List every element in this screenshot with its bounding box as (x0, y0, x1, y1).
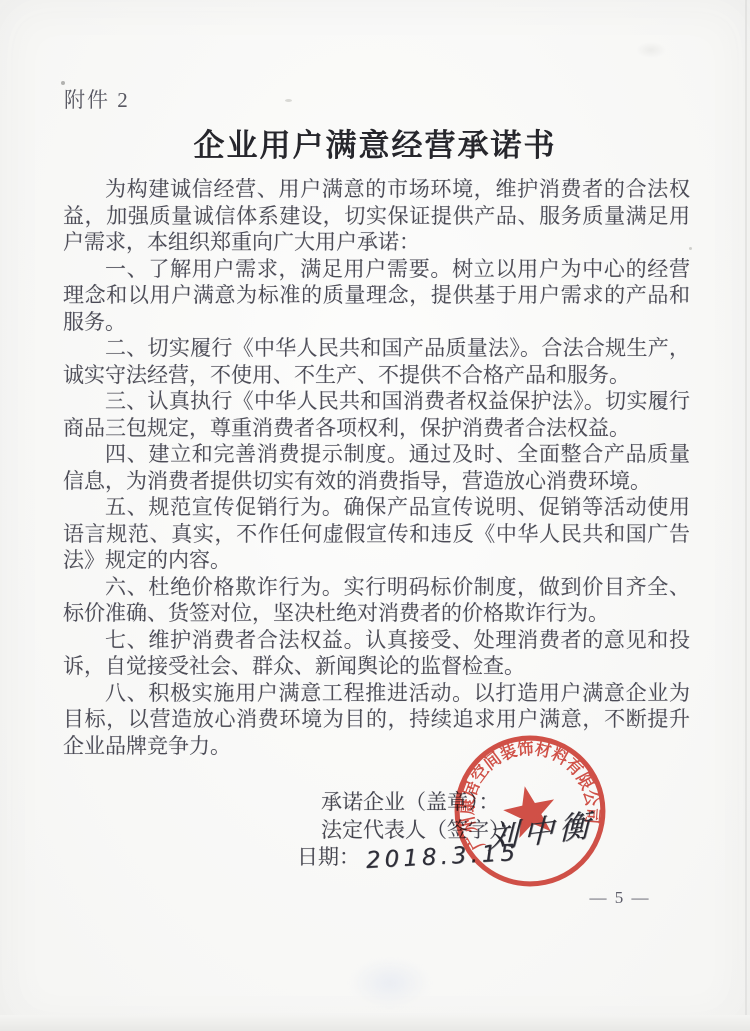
paragraph-item-7: 七、维护消费者合法权益。认真接受、处理消费者的意见和投诉，自觉接受社会、群众、新… (63, 627, 690, 680)
scan-smudge (636, 42, 666, 58)
scan-speck (61, 81, 65, 85)
attachment-label: 附件 2 (64, 84, 130, 114)
scan-edge-shadow (0, 1015, 750, 1031)
paragraph-item-5: 五、规范宣传促销行为。确保产品宣传说明、促销等活动使用语言规范、真实，不作任何虚… (63, 494, 690, 574)
scan-speck (689, 247, 692, 250)
paragraph-item-1: 一、了解用户需求，满足用户需要。树立以用户为中心的经营理念和以用户满意为标准的质… (63, 256, 690, 336)
scanned-document-page: 附件 2 企业用户满意经营承诺书 为构建诚信经营、用户满意的市场环境，维护消费者… (0, 0, 750, 1031)
paragraph-intro: 为构建诚信经营、用户满意的市场环境，维护消费者的合法权益，加强质量诚信体系建设，… (63, 176, 690, 256)
scan-edge-line (745, 0, 747, 1031)
document-title: 企业用户满意经营承诺书 (0, 120, 750, 165)
page-number: — 5 — (560, 888, 680, 908)
scan-smudge (350, 958, 430, 1008)
document-body: 为构建诚信经营、用户满意的市场环境，维护消费者的合法权益，加强质量诚信体系建设，… (63, 176, 690, 759)
paragraph-item-3: 三、认真执行《中华人民共和国消费者权益保护法》。切实履行商品三包规定，尊重消费者… (63, 388, 690, 441)
date-label: 日期： (297, 845, 360, 869)
paragraph-item-2: 二、切实履行《中华人民共和国产品质量法》。合法合规生产，诚实守法经营，不使用、不… (63, 335, 690, 388)
scan-speck (285, 99, 292, 102)
paragraph-item-6: 六、杜绝价格欺诈行为。实行明码标价制度，做到价目齐全、标价准确、货签对位，坚决杜… (63, 574, 690, 627)
paragraph-item-4: 四、建立和完善消费提示制度。通过及时、全面整合产品质量信息，为消费者提供切实有效… (63, 441, 690, 494)
